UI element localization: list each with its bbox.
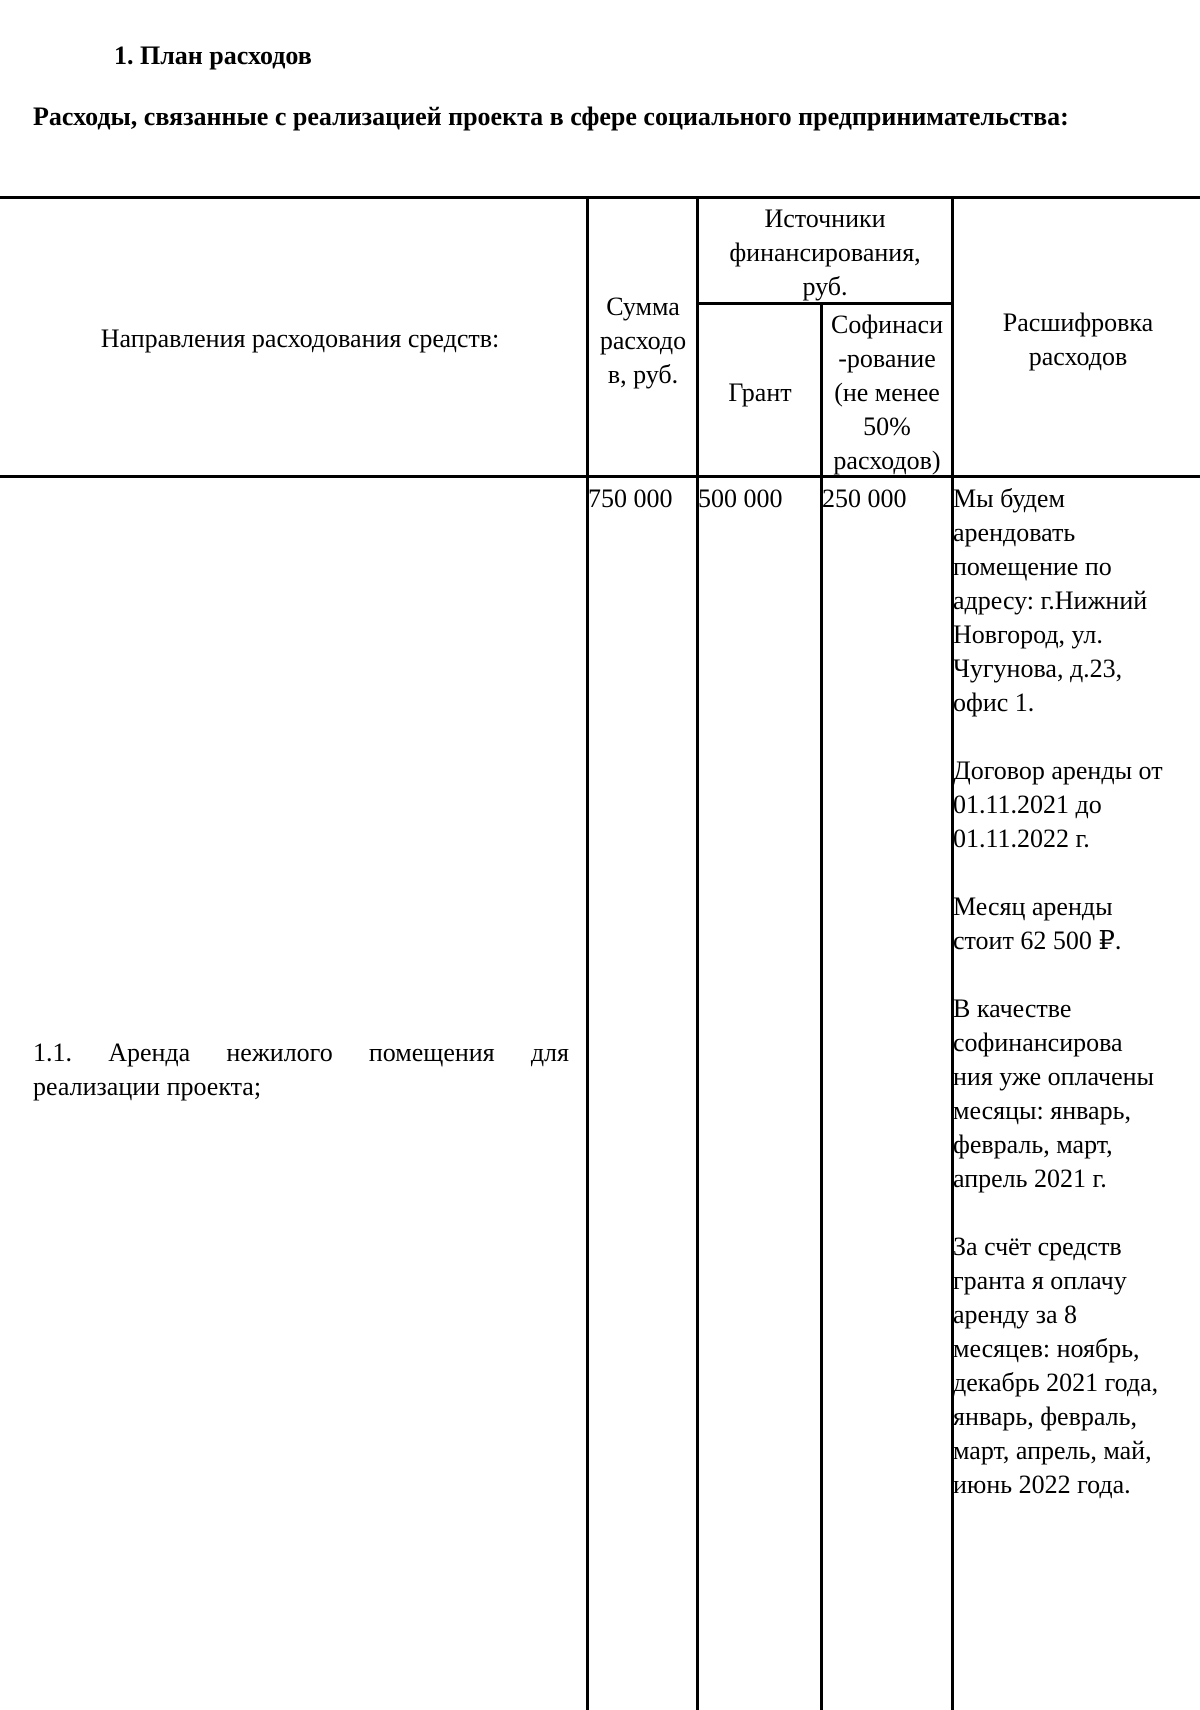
breakdown-paragraph: Мы будем арендовать помещение по адресу:… — [953, 482, 1168, 720]
breakdown-paragraph: За счёт средств гранта я оплачу аренду з… — [953, 1230, 1168, 1502]
row-breakdown: Мы будем арендовать помещение по адресу:… — [953, 482, 1168, 1502]
table-top-border — [0, 196, 1200, 199]
header-total: Сумма расходо в, руб. — [590, 290, 696, 392]
row-cofinancing: 250 000 — [822, 482, 950, 516]
header-grant: Грант — [700, 376, 820, 410]
column-divider — [696, 196, 699, 1710]
header-cofinancing: Софинаси -рование (не менее 50% расходов… — [822, 308, 952, 478]
header-bottom-border — [0, 475, 1200, 478]
row-total: 750 000 — [588, 482, 698, 516]
expense-plan-table: Направления расходования средств: Сумма … — [0, 0, 1200, 1710]
breakdown-paragraph: Договор аренды от 01.11.2021 до 01.11.20… — [953, 754, 1168, 856]
header-breakdown: Расшифровка расходов — [956, 306, 1200, 374]
breakdown-paragraph: В качестве софинансирова ния уже оплачен… — [953, 992, 1168, 1196]
header-sources-group: Источники финансирования, руб. — [705, 202, 945, 304]
row-grant: 500 000 — [698, 482, 818, 516]
breakdown-paragraph: Месяц аренды стоит 62 500 ₽. — [953, 890, 1168, 958]
header-direction: Направления расходования средств: — [20, 322, 580, 356]
row-direction: 1.1. Аренда нежилого помещения для реали… — [33, 1036, 569, 1104]
column-divider — [586, 196, 589, 1710]
